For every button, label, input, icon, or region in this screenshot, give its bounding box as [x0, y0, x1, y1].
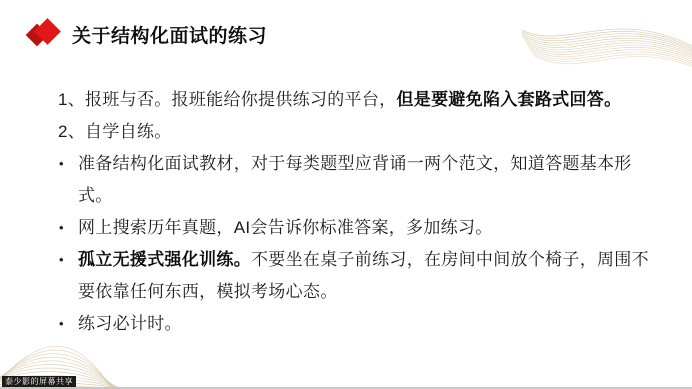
text-segment-bold: 但是要避免陷入套路式回答。 [396, 90, 621, 109]
list-item: 1、报班与否。报班能给你提供练习的平台，但是要避免陷入套路式回答。 [58, 84, 650, 116]
list-item: •练习必计时。 [58, 308, 650, 340]
bullet-dot: • [59, 212, 64, 244]
title-row: 关于结构化面试的练习 [26, 18, 267, 50]
slide: 关于结构化面试的练习 1、报班与否。报班能给你提供练习的平台，但是要避免陷入套路… [0, 0, 692, 389]
red-diamond-icon [26, 18, 62, 50]
text-segment: 练习必计时。 [78, 314, 182, 333]
text-segment: 1、报班与否。报班能给你提供练习的平台， [58, 90, 396, 109]
list-item: 2、自学自练。 [58, 116, 650, 148]
text-segment-bold: 孤立无援式强化训练。 [78, 250, 251, 269]
slide-body: 1、报班与否。报班能给你提供练习的平台，但是要避免陷入套路式回答。2、自学自练。… [58, 84, 650, 340]
content-list: 1、报班与否。报班能给你提供练习的平台，但是要避免陷入套路式回答。2、自学自练。… [58, 84, 650, 340]
text-segment: 2、自学自练。 [58, 122, 172, 141]
bullet-dot: • [59, 244, 64, 276]
page-title: 关于结构化面试的练习 [72, 21, 267, 48]
bullet-dot: • [59, 308, 64, 340]
text-segment: 准备结构化面试教材，对于每类题型应背诵一两个范文，知道答题基本形式。 [78, 154, 632, 205]
list-item: •孤立无援式强化训练。不要坐在桌子前练习，在房间中间放个椅子，周围不要依靠任何东… [58, 244, 650, 308]
bullet-dot: • [59, 148, 64, 180]
list-item: •网上搜索历年真题，AI会告诉你标准答案，多加练习。 [58, 212, 650, 244]
screen-share-watermark: 泰少影的屏幕共享 [2, 376, 76, 387]
list-item: •准备结构化面试教材，对于每类题型应背诵一两个范文，知道答题基本形式。 [58, 148, 650, 212]
text-segment: 网上搜索历年真题，AI会告诉你标准答案，多加练习。 [78, 218, 493, 237]
deco-top-right-pattern [522, 0, 692, 95]
